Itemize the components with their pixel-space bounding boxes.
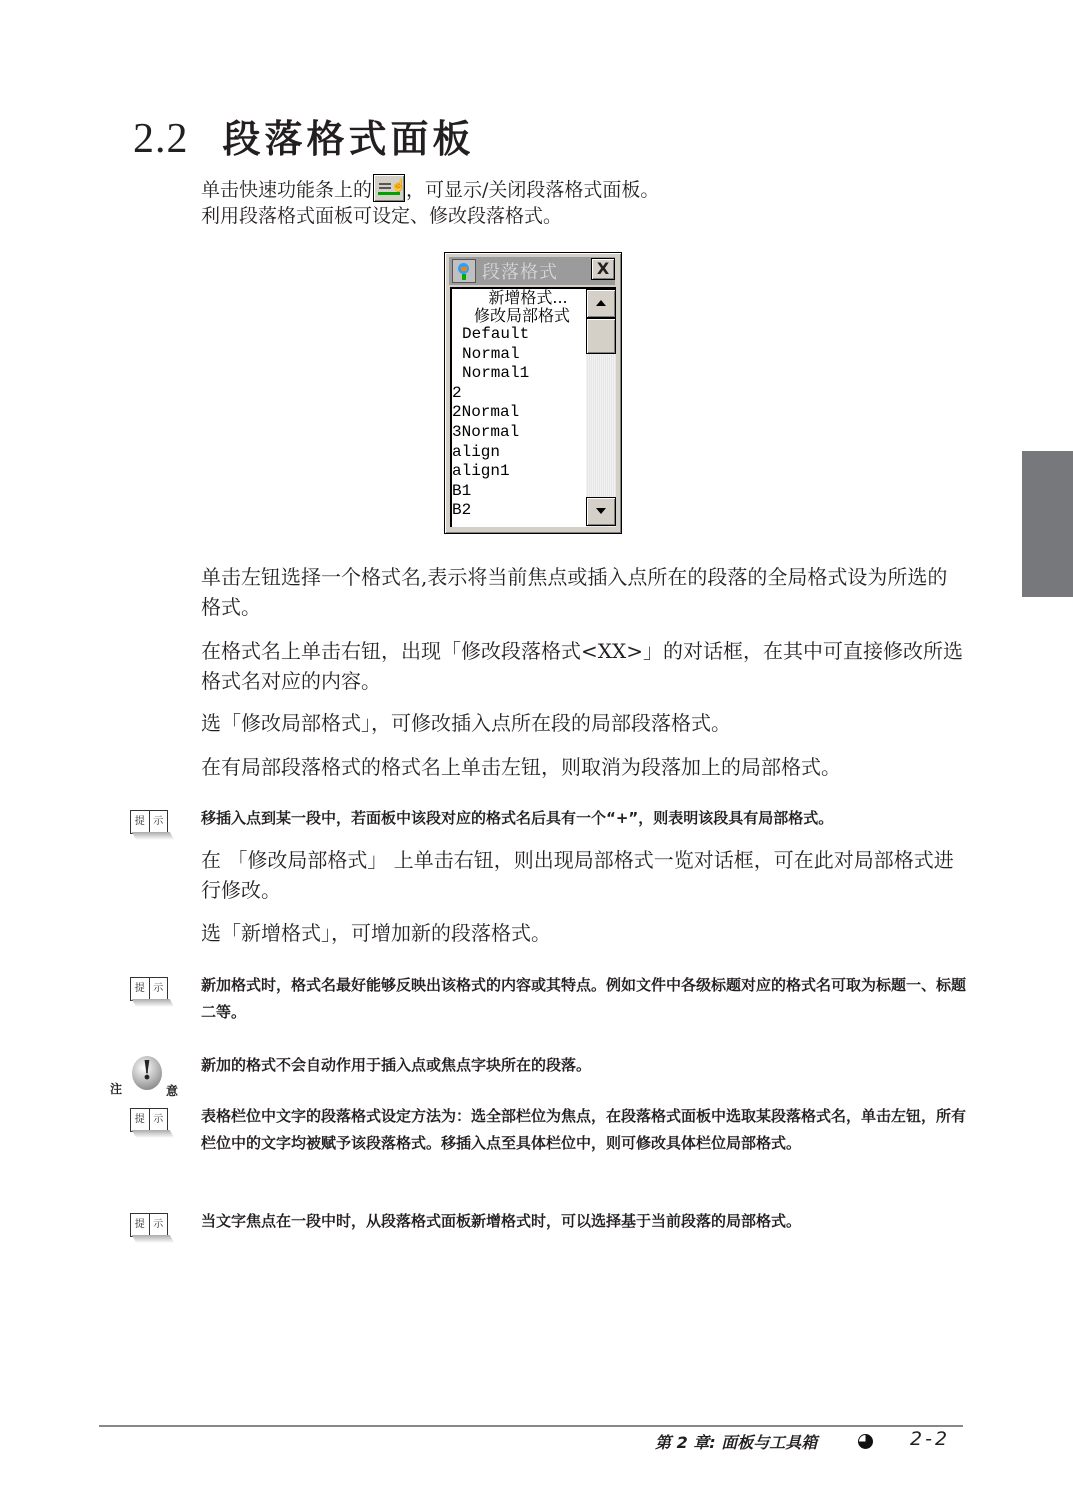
section-heading: 2.2段落格式面板 [133, 108, 475, 163]
tip-text: 移插入点到某一段中，若面板中该段对应的格式名后具有一个“+”，则表明该段具有局部… [201, 805, 966, 832]
paragraph-format-toolbar-icon: ☝ [373, 174, 405, 202]
tip-icon: 提示 [128, 810, 168, 840]
list-item[interactable]: align [452, 443, 584, 463]
list-item[interactable]: 2 [452, 384, 584, 404]
warning-icon: ! 注意 [110, 1056, 180, 1096]
scroll-up-button[interactable] [586, 289, 616, 318]
intro-line-2: 利用段落格式面板可设定、修改段落格式。 [201, 202, 562, 230]
close-button[interactable]: X [591, 258, 615, 280]
pie-bullet-icon [858, 1434, 873, 1449]
close-icon: X [597, 259, 609, 278]
footer-chapter: 第 2 章: 面板与工具箱 [655, 1430, 817, 1453]
paragraph-format-panel: 段落格式 X 新增格式... 修改局部格式 Default Normal Nor… [444, 252, 622, 534]
section-number: 2.2 [133, 116, 189, 162]
paragraph: 在 「修改局部格式」 上单击右钮，则出现局部格式一览对话框，可在此对局部格式进行… [201, 845, 966, 905]
footer-divider [99, 1425, 963, 1427]
list-item[interactable]: B2 [452, 501, 584, 521]
scroll-thumb[interactable] [586, 318, 616, 354]
list-item[interactable]: 2Normal [452, 403, 584, 423]
paragraph: 选「新增格式」，可增加新的段落格式。 [201, 918, 966, 948]
scroll-down-button[interactable] [586, 497, 616, 526]
note-text: 新加的格式不会自动作用于插入点或焦点字块所在的段落。 [201, 1052, 966, 1079]
tip-text: 表格栏位中文字的段落格式设定方法为：选全部栏位为焦点，在段落格式面板中选取某段落… [201, 1103, 966, 1157]
intro-line-1: 单击快速功能条上的☝，可显示/关闭段落格式面板。 [201, 174, 659, 204]
paragraph: 在有局部段落格式的格式名上单击左钮，则取消为段落加上的局部格式。 [201, 752, 966, 782]
list-item[interactable]: Default [452, 325, 584, 345]
paragraph: 选「修改局部格式」，可修改插入点所在段的局部段落格式。 [201, 708, 966, 738]
arrow-up-icon [596, 300, 606, 306]
intro-text-after: ，可显示/关闭段落格式面板。 [406, 179, 659, 201]
list-item[interactable]: B1 [452, 482, 584, 502]
section-title: 段落格式面板 [223, 117, 475, 161]
tip-icon: 提示 [128, 1213, 168, 1243]
panel-title: 段落格式 [482, 258, 558, 284]
arrow-down-icon [596, 508, 606, 514]
intro-text-before: 单击快速功能条上的 [201, 179, 372, 201]
tip-text: 新加格式时，格式名最好能够反映出该格式的内容或其特点。例如文件中各级标题对应的格… [201, 972, 966, 1026]
page-number: 2-2 [910, 1428, 950, 1450]
panel-app-icon [452, 259, 476, 283]
list-item-modify-local-format[interactable]: 修改局部格式 [452, 307, 584, 325]
vertical-scrollbar[interactable] [586, 289, 616, 527]
format-list[interactable]: 新增格式... 修改局部格式 Default Normal Normal1 2 … [450, 287, 616, 527]
list-item[interactable]: 3Normal [452, 423, 584, 443]
tip-icon: 提示 [128, 1108, 168, 1138]
paragraph: 单击左钮选择一个格式名,表示将当前焦点或插入点所在的段落的全局格式设为所选的格式… [201, 562, 966, 622]
chapter-thumb-tab [1022, 451, 1073, 597]
list-item[interactable]: align1 [452, 462, 584, 482]
tip-text: 当文字焦点在一段中时，从段落格式面板新增格式时，可以选择基于当前段落的局部格式。 [201, 1208, 966, 1235]
list-item-new-format[interactable]: 新增格式... [452, 289, 584, 307]
paragraph: 在格式名上单击右钮，出现「修改段落格式<XX>」的对话框，在其中可直接修改所选格… [201, 636, 966, 696]
list-item[interactable]: Normal1 [452, 364, 584, 384]
list-item[interactable]: Normal [452, 345, 584, 365]
tip-icon: 提示 [128, 977, 168, 1007]
